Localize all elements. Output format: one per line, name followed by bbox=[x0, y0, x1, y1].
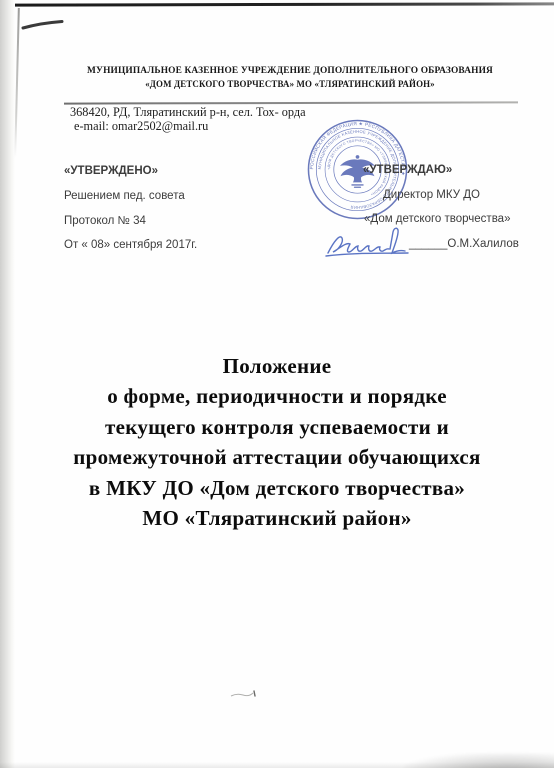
signature-name: О.М.Халилов bbox=[447, 238, 518, 250]
director-role-line: Директор МКУ ДО bbox=[383, 189, 480, 201]
scan-bottom-edge bbox=[0, 762, 554, 768]
title-line: текущего контроля успеваемости и bbox=[0, 412, 554, 442]
org-name-line1: МУНИЦИПАЛЬНОЕ КАЗЕННОЕ УЧРЕЖДЕНИЕ ДОПОЛН… bbox=[34, 65, 546, 78]
approved-decision-line: Решением пед. совета bbox=[64, 190, 197, 215]
scan-top-edge bbox=[10, 2, 554, 7]
address-line: 368420, РД, Тляратинский р-н, сел. Тох- … bbox=[70, 106, 306, 120]
approved-date-line: От « 08» сентября 2017г. bbox=[64, 239, 197, 264]
title-line: МО «Тляратинский район» bbox=[0, 503, 554, 533]
org-header: МУНИЦИПАЛЬНОЕ КАЗЕННОЕ УЧРЕЖДЕНИЕ ДОПОЛН… bbox=[34, 65, 546, 91]
title-line: в МКУ ДО «Дом детского творчества» bbox=[0, 473, 554, 503]
approved-title: «УТВЕРЖДЕНО» bbox=[64, 165, 197, 190]
squiggle-mark-icon bbox=[230, 688, 258, 700]
pen-mark-icon bbox=[21, 17, 65, 31]
org-name-line2: «ДОМ ДЕТСКОГО ТВОРЧЕСТВА» МО «ТЛЯРАТИНСК… bbox=[34, 78, 546, 91]
address-block: 368420, РД, Тляратинский р-н, сел. Тох- … bbox=[70, 106, 306, 133]
title-line: Положение bbox=[0, 351, 554, 381]
document-title: Положение о форме, периодичности и поряд… bbox=[0, 351, 554, 533]
scanned-page: МУНИЦИПАЛЬНОЕ КАЗЕННОЕ УЧРЕЖДЕНИЕ ДОПОЛН… bbox=[0, 0, 554, 768]
email-line: e-mail: omar2502@mail.ru bbox=[70, 120, 306, 134]
approved-block: «УТВЕРЖДЕНО» Решением пед. совета Проток… bbox=[64, 165, 197, 264]
approved-protocol-line: Протокол № 34 bbox=[64, 215, 197, 240]
signature-scribble bbox=[324, 222, 436, 264]
title-line: о форме, периодичности и порядке bbox=[0, 381, 554, 411]
title-line: промежуточной аттестации обучающихся bbox=[0, 442, 554, 472]
approval-title: «УТВЕРЖДАЮ» bbox=[363, 164, 452, 176]
